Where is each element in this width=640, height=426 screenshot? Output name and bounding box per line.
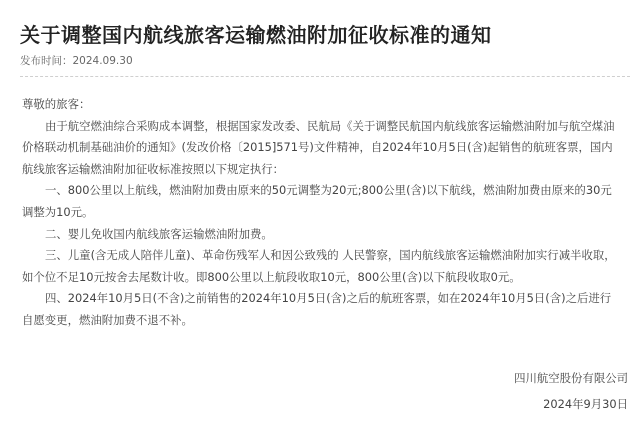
article-title: 关于调整国内航线旅客运输燃油附加征收标准的通知 bbox=[20, 19, 492, 48]
divider bbox=[20, 76, 630, 77]
paragraph-item-3: 三、儿童(含无成人陪伴儿童)、革命伤残军人和因公致残的 人民警察，国内航线旅客运… bbox=[22, 245, 622, 288]
publish-time: 发布时间：2024.09.30 bbox=[20, 53, 133, 68]
signature-date: 2024年9月30日 bbox=[543, 396, 628, 412]
article-body: 尊敬的旅客： 由于航空燃油综合采购成本调整，根据国家发改委、民航局《关于调整民航… bbox=[22, 94, 622, 332]
paragraph-item-2: 二、婴儿免收国内航线旅客运输燃油附加费。 bbox=[22, 224, 622, 246]
paragraph-intro: 由于航空燃油综合采购成本调整，根据国家发改委、民航局《关于调整民航国内航线旅客运… bbox=[22, 116, 622, 181]
paragraph-item-4: 四、2024年10月5日(不含)之前销售的2024年10月5日(含)之后的航班客… bbox=[22, 288, 622, 331]
signature-org: 四川航空股份有限公司 bbox=[514, 370, 628, 386]
salutation: 尊敬的旅客： bbox=[22, 94, 622, 116]
paragraph-item-1: 一、800公里以上航线，燃油附加费由原来的50元调整为20元;800公里(含)以… bbox=[22, 180, 622, 223]
